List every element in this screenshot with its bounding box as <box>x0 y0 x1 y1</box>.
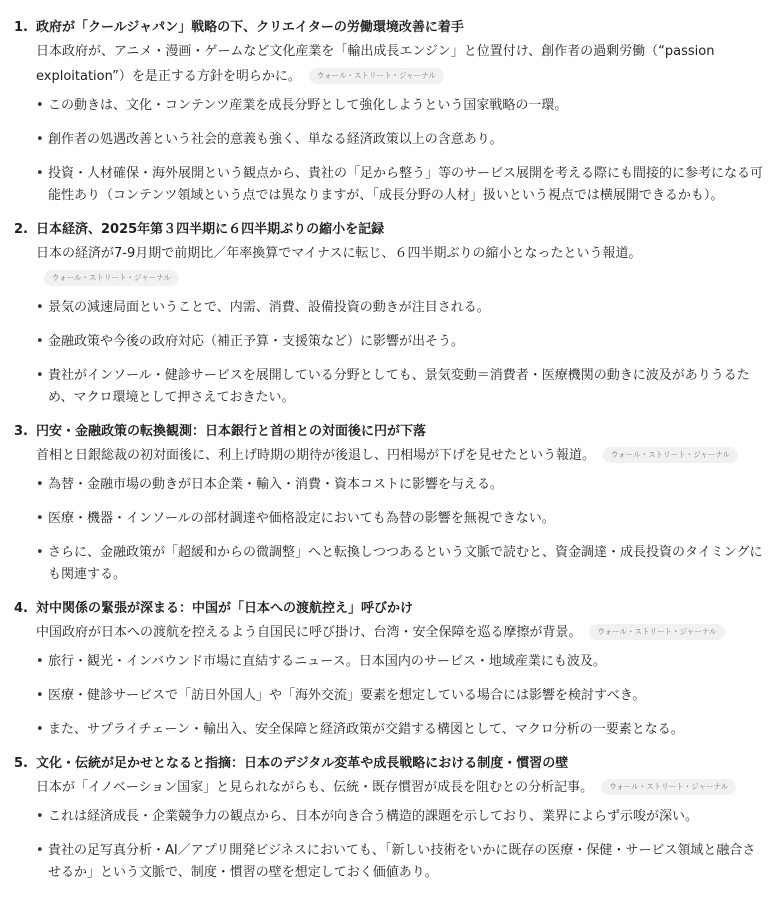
list-item: •貴社の足写真分析・AI／アプリ開発ビジネスにおいても、「新しい技術をいかに既存… <box>36 840 766 884</box>
news-title: 文化・伝統が足かせとなると指摘：日本のデジタル変革や成長戦略における制度・慣習の… <box>36 753 568 775</box>
news-item: 1. 政府が「クールジャパン」戦略の下、クリエイターの労働環境改善に着手 日本政… <box>14 17 766 207</box>
news-item: 2. 日本経済、2025年第３四半期に６四半期ぶりの縮小を記録 日本の経済が7-… <box>14 219 766 409</box>
summary-text: 日本が「イノベーション国家」と見られながらも、伝統・既存慣習が成長を阻むとの分析… <box>36 780 593 795</box>
list-item: •医療・機器・インソールの部材調達や価格設定においても為替の影響を無視できない。 <box>36 508 766 530</box>
news-summary: 中国政府が日本への渡航を控えるよう自国民に呼び掛け、台湾・安全保障を巡る摩擦が背… <box>36 620 766 645</box>
news-heading: 5. 文化・伝統が足かせとなると指摘：日本のデジタル変革や成長戦略における制度・… <box>14 753 766 775</box>
list-item: •さらに、金融政策が「超緩和からの微調整」へと転換しつつあるという文脈で読むと、… <box>36 542 766 586</box>
bullet-icon: • <box>36 297 48 319</box>
bullet-icon: • <box>36 331 48 353</box>
summary-text: 中国政府が日本への渡航を控えるよう自国民に呼び掛け、台湾・安全保障を巡る摩擦が背… <box>36 625 581 640</box>
source-chip[interactable]: ウォール・ストリート・ジャーナル <box>589 624 724 640</box>
news-heading: 2. 日本経済、2025年第３四半期に６四半期ぶりの縮小を記録 <box>14 219 766 241</box>
bullet-list: •これは経済成長・企業競争力の観点から、日本が向き合う構造的課題を示しており、業… <box>36 806 766 884</box>
list-item: •貴社がインソール・健診サービスを展開している分野としても、景気変動＝消費者・医… <box>36 365 766 409</box>
bullet-text: 創作者の処遇改善という社会的意義も強く、単なる経済政策以上の含意あり。 <box>48 129 766 151</box>
source-chip[interactable]: ウォール・ストリート・ジャーナル <box>603 447 738 463</box>
item-number: 4. <box>14 598 36 620</box>
news-heading: 4. 対中関係の緊張が深まる：中国が「日本への渡航控え」呼びかけ <box>14 598 766 620</box>
bullet-icon: • <box>36 163 48 207</box>
bullet-text: 旅行・観光・インバウンド市場に直結するニュース。日本国内のサービス・地域産業にも… <box>48 651 766 673</box>
list-item: •また、サプライチェーン・輸出入、安全保障と経済政策が交錯する構図として、マクロ… <box>36 719 766 741</box>
list-item: •為替・金融市場の動きが日本企業・輸入・消費・資本コストに影響を与える。 <box>36 474 766 496</box>
news-item: 3. 円安・金融政策の転換観測：日本銀行と首相との対面後に円が下落 首相と日銀総… <box>14 421 766 586</box>
list-item: •金融政策や今後の政府対応（補正予算・支援策など）に影響が出そう。 <box>36 331 766 353</box>
news-heading: 1. 政府が「クールジャパン」戦略の下、クリエイターの労働環境改善に着手 <box>14 17 766 39</box>
list-item: •これは経済成長・企業競争力の観点から、日本が向き合う構造的課題を示しており、業… <box>36 806 766 828</box>
list-item: •投資・人材確保・海外展開という観点から、貴社の「足から整う」等のサービス展開を… <box>36 163 766 207</box>
bullet-text: 医療・健診サービスで「訪日外国人」や「海外交流」要素を想定している場合には影響を… <box>48 685 766 707</box>
bullet-text: 貴社の足写真分析・AI／アプリ開発ビジネスにおいても、「新しい技術をいかに既存の… <box>48 840 766 884</box>
bullet-list: •旅行・観光・インバウンド市場に直結するニュース。日本国内のサービス・地域産業に… <box>36 651 766 741</box>
list-item: •旅行・観光・インバウンド市場に直結するニュース。日本国内のサービス・地域産業に… <box>36 651 766 673</box>
bullet-text: これは経済成長・企業競争力の観点から、日本が向き合う構造的課題を示しており、業界… <box>48 806 766 828</box>
news-item: 5. 文化・伝統が足かせとなると指摘：日本のデジタル変革や成長戦略における制度・… <box>14 753 766 884</box>
bullet-text: この動きは、文化・コンテンツ産業を成長分野として強化しようという国家戦略の一環。 <box>48 95 766 117</box>
bullet-list: •この動きは、文化・コンテンツ産業を成長分野として強化しようという国家戦略の一環… <box>36 95 766 207</box>
list-item: •創作者の処遇改善という社会的意義も強く、単なる経済政策以上の含意あり。 <box>36 129 766 151</box>
list-item: •この動きは、文化・コンテンツ産業を成長分野として強化しようという国家戦略の一環… <box>36 95 766 117</box>
bullet-text: 貴社がインソール・健診サービスを展開している分野としても、景気変動＝消費者・医療… <box>48 365 766 409</box>
bullet-icon: • <box>36 840 48 884</box>
list-item: •景気の減速局面ということで、内需、消費、設備投資の動きが注目される。 <box>36 297 766 319</box>
bullet-icon: • <box>36 508 48 530</box>
bullet-icon: • <box>36 806 48 828</box>
bullet-text: 金融政策や今後の政府対応（補正予算・支援策など）に影響が出そう。 <box>48 331 766 353</box>
news-list: 1. 政府が「クールジャパン」戦略の下、クリエイターの労働環境改善に着手 日本政… <box>0 0 780 884</box>
news-summary: 日本政府が、アニメ・漫画・ゲームなど文化産業を「輸出成長エンジン」と位置付け、創… <box>36 39 766 89</box>
news-summary: 日本が「イノベーション国家」と見られながらも、伝統・既存慣習が成長を阻むとの分析… <box>36 775 766 800</box>
item-number: 3. <box>14 421 36 443</box>
item-number: 2. <box>14 219 36 241</box>
bullet-text: さらに、金融政策が「超緩和からの微調整」へと転換しつつあるという文脈で読むと、資… <box>48 542 766 586</box>
news-title: 円安・金融政策の転換観測：日本銀行と首相との対面後に円が下落 <box>36 421 426 443</box>
source-chip[interactable]: ウォール・ストリート・ジャーナル <box>44 270 179 286</box>
bullet-icon: • <box>36 129 48 151</box>
news-item: 4. 対中関係の緊張が深まる：中国が「日本への渡航控え」呼びかけ 中国政府が日本… <box>14 598 766 741</box>
bullet-icon: • <box>36 719 48 741</box>
bullet-icon: • <box>36 474 48 496</box>
bullet-text: 医療・機器・インソールの部材調達や価格設定においても為替の影響を無視できない。 <box>48 508 766 530</box>
bullet-icon: • <box>36 651 48 673</box>
item-number: 5. <box>14 753 36 775</box>
bullet-icon: • <box>36 95 48 117</box>
list-item: •医療・健診サービスで「訪日外国人」や「海外交流」要素を想定している場合には影響… <box>36 685 766 707</box>
bullet-text: また、サプライチェーン・輸出入、安全保障と経済政策が交錯する構図として、マクロ分… <box>48 719 766 741</box>
summary-text: 首相と日銀総裁の初対面後に、利上げ時期の期待が後退し、円相場が下げを見せたという… <box>36 448 595 463</box>
source-chip[interactable]: ウォール・ストリート・ジャーナル <box>601 779 736 795</box>
item-number: 1. <box>14 17 36 39</box>
news-summary: 首相と日銀総裁の初対面後に、利上げ時期の期待が後退し、円相場が下げを見せたという… <box>36 443 766 468</box>
news-title: 対中関係の緊張が深まる：中国が「日本への渡航控え」呼びかけ <box>36 598 413 620</box>
bullet-text: 為替・金融市場の動きが日本企業・輸入・消費・資本コストに影響を与える。 <box>48 474 766 496</box>
news-title: 日本経済、2025年第３四半期に６四半期ぶりの縮小を記録 <box>36 219 384 241</box>
news-title: 政府が「クールジャパン」戦略の下、クリエイターの労働環境改善に着手 <box>36 17 464 39</box>
bullet-list: •為替・金融市場の動きが日本企業・輸入・消費・資本コストに影響を与える。 •医療… <box>36 474 766 586</box>
news-heading: 3. 円安・金融政策の転換観測：日本銀行と首相との対面後に円が下落 <box>14 421 766 443</box>
bullet-icon: • <box>36 685 48 707</box>
bullet-text: 投資・人材確保・海外展開という観点から、貴社の「足から整う」等のサービス展開を考… <box>48 163 766 207</box>
summary-text: 日本の経済が7-9月期で前期比／年率換算でマイナスに転じ、６四半期ぶりの縮小とな… <box>36 246 641 261</box>
bullet-text: 景気の減速局面ということで、内需、消費、設備投資の動きが注目される。 <box>48 297 766 319</box>
bullet-icon: • <box>36 542 48 586</box>
news-summary: 日本の経済が7-9月期で前期比／年率換算でマイナスに転じ、６四半期ぶりの縮小とな… <box>36 241 766 291</box>
source-chip[interactable]: ウォール・ストリート・ジャーナル <box>309 68 444 84</box>
bullet-icon: • <box>36 365 48 409</box>
bullet-list: •景気の減速局面ということで、内需、消費、設備投資の動きが注目される。 •金融政… <box>36 297 766 409</box>
